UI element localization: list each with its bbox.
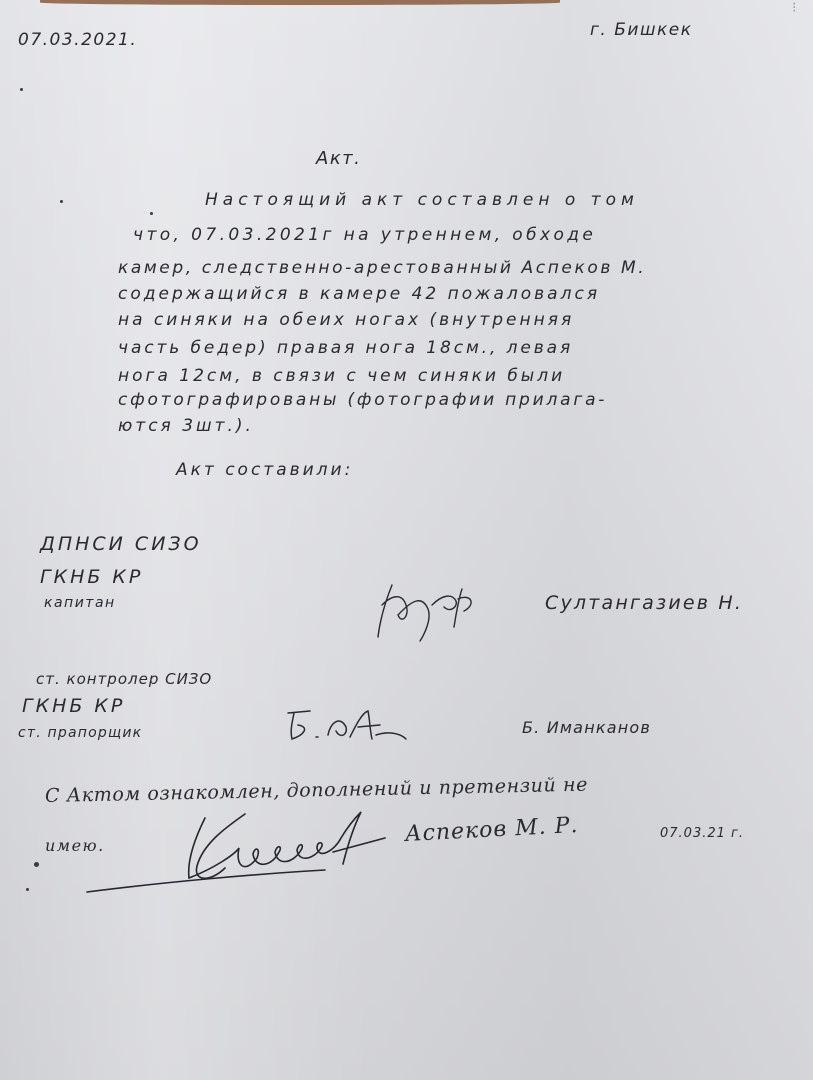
detainee-signature — [85, 808, 395, 898]
signatory-2-rank: ст. прапорщик — [18, 725, 142, 741]
signatory-1-organization: ГКНБ КР — [40, 566, 143, 588]
body-line: что, 07.03.2021г на утреннем, обходе — [133, 225, 596, 245]
document-title: Акт. — [316, 148, 361, 169]
composed-by-label: Акт составили: — [176, 460, 353, 480]
body-line: на синяки на обеих ногах (внутренняя — [118, 310, 574, 330]
paper-speck — [34, 862, 39, 867]
signatory-1-name: Султангазиев Н. — [545, 592, 743, 614]
signatory-1-rank: капитан — [44, 595, 116, 611]
signatory-2-organization: ГКНБ КР — [22, 695, 125, 717]
body-line: часть бедер) правая нога 18см., левая — [118, 338, 573, 358]
paper-speck — [150, 212, 153, 215]
body-line: камер, следственно-арестованный Аспеков … — [118, 258, 646, 278]
detainee-name: Аспеков М. Р. — [404, 813, 579, 847]
body-line: ются 3шт.). — [118, 416, 254, 436]
signatory-2-position: ст. контролер СИЗО — [36, 670, 212, 688]
signatory-2-name: Б. Иманканов — [522, 718, 651, 737]
header-date: 07.03.2021. — [18, 30, 137, 50]
paper-speck — [20, 88, 23, 91]
header-city: г. Бишкек — [590, 20, 693, 40]
body-line: содержащийся в камере 42 пожаловался — [118, 284, 600, 304]
signatory-2-signature — [284, 705, 414, 745]
acknowledgement-date: 07.03.21 г. — [660, 826, 744, 841]
signatory-1-signature — [372, 575, 482, 645]
body-line: сфотографированы (фотографии прилага- — [118, 390, 607, 410]
margin-mark: ⁝ — [792, 0, 796, 16]
paper-speck — [60, 200, 63, 203]
body-line: нога 12см, в связи с чем синяки были — [118, 366, 565, 386]
acknowledgement-text: С Актом ознакомлен, дополнений и претенз… — [45, 774, 588, 807]
paper-top-edge-shadow — [40, 0, 560, 5]
paper-speck — [26, 888, 29, 891]
document-page: ⁝ 07.03.2021. г. Бишкек Акт. Настоящий а… — [0, 0, 813, 1080]
signatory-1-position: ДПНСИ СИЗО — [40, 533, 202, 555]
body-line: Настоящий акт составлен о том — [205, 190, 639, 210]
